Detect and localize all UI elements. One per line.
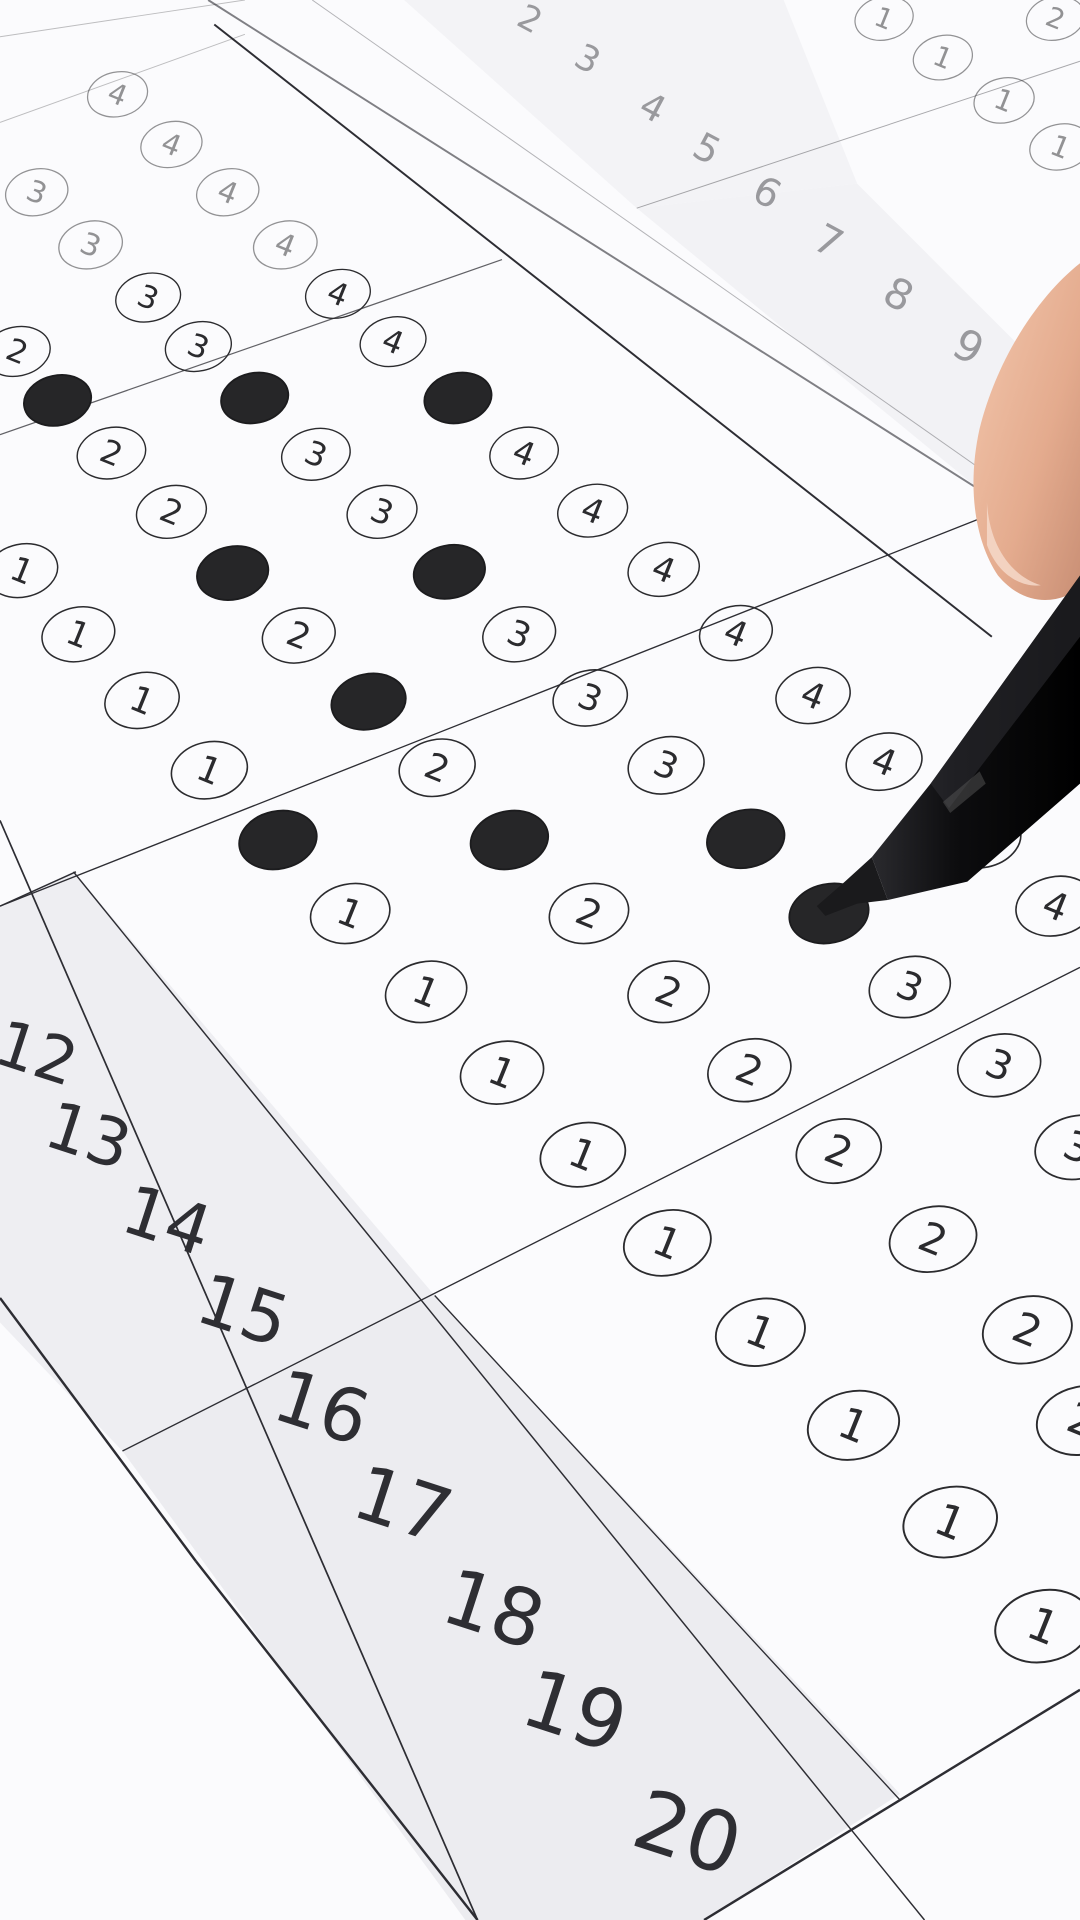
answer-sheet: 23456789 121314151617181920 443434342342…: [0, 0, 1080, 1920]
answer-sheet-photo: 23456789 121314151617181920 443434342342…: [0, 0, 1080, 1920]
